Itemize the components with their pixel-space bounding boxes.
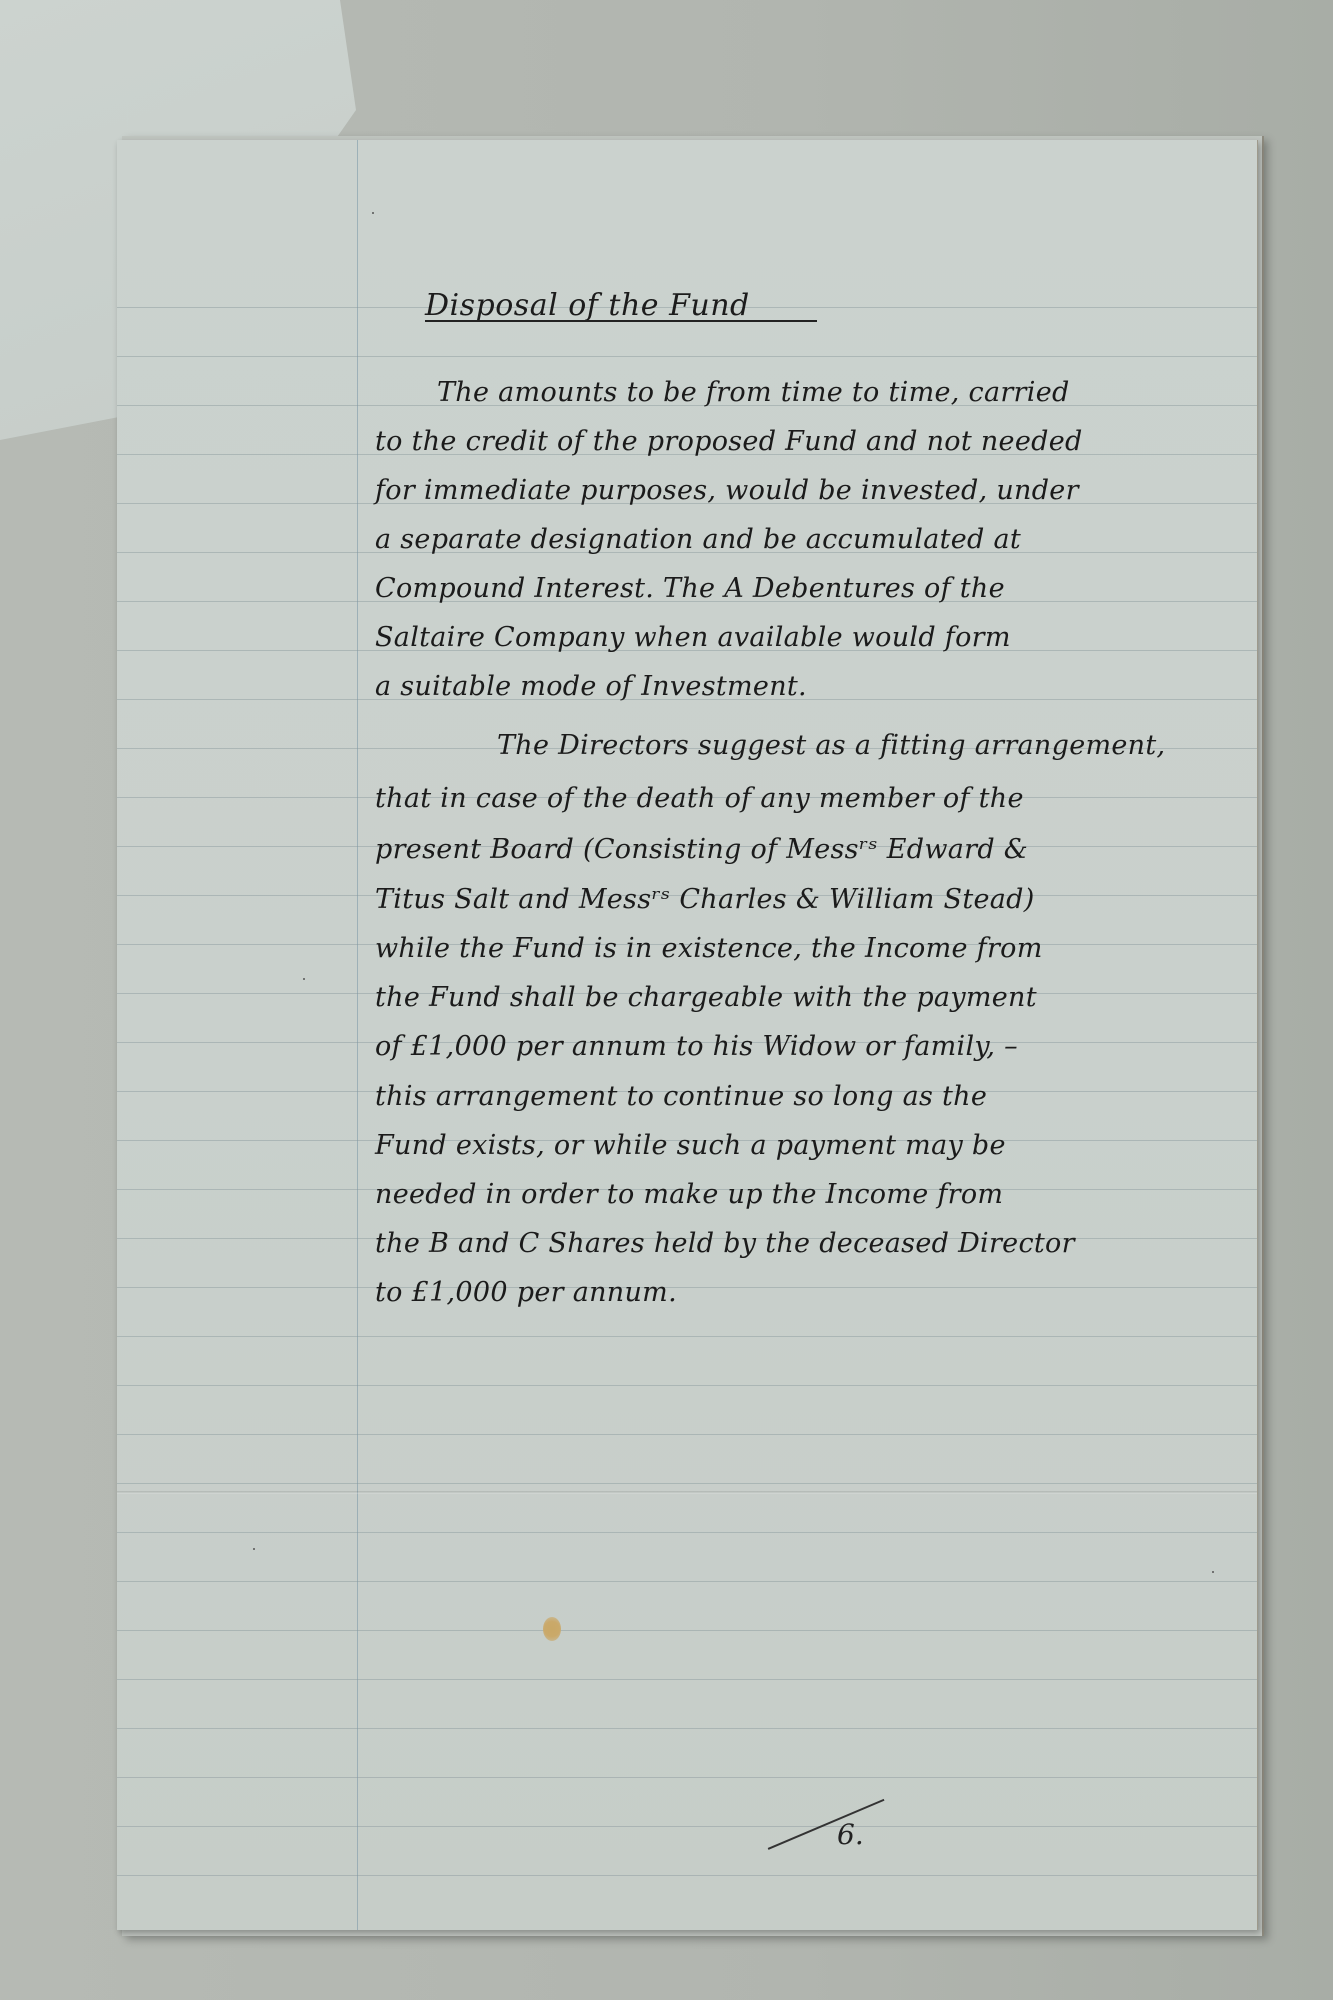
text-line: while the Fund is in existence, the Inco… — [375, 933, 1043, 964]
text-line: present Board (Consisting of Messʳˢ Edwa… — [375, 834, 1028, 865]
ruled-line — [117, 1385, 1257, 1386]
text-line: the Fund shall be chargeable with the pa… — [375, 982, 1037, 1013]
paper-speck — [253, 1548, 255, 1550]
text-line: needed in order to make up the Income fr… — [375, 1179, 1003, 1210]
ruled-line — [117, 1679, 1257, 1680]
paper-speck — [303, 978, 305, 980]
ruled-line — [117, 1826, 1257, 1827]
ruled-line — [117, 1728, 1257, 1729]
ruled-line — [117, 1630, 1257, 1631]
ruled-line — [117, 1434, 1257, 1435]
ruled-line — [117, 1483, 1257, 1484]
ruled-line — [117, 1287, 1257, 1288]
ruled-line — [117, 1777, 1257, 1778]
text-line: Fund exists, or while such a payment may… — [375, 1130, 1006, 1161]
foxing-stain — [543, 1617, 561, 1641]
manuscript-page: Disposal of the Fund The amounts to be f… — [117, 140, 1258, 1930]
page-number: 6. — [837, 1818, 864, 1851]
text-line: that in case of the death of any member … — [375, 783, 1024, 814]
text-line: Saltaire Company when available would fo… — [375, 622, 1011, 653]
text-line: The Directors suggest as a fitting arran… — [497, 730, 1165, 761]
ruled-line — [117, 1336, 1257, 1337]
ruled-line — [117, 1581, 1257, 1582]
title-underline — [425, 320, 817, 322]
text-line: a suitable mode of Investment. — [375, 671, 807, 702]
paper-speck — [372, 212, 374, 214]
horizontal-fold-crease — [117, 1491, 1257, 1494]
page-number-flourish — [768, 1799, 885, 1850]
text-line: Compound Interest. The A Debentures of t… — [375, 573, 1005, 604]
ruled-line — [117, 1875, 1257, 1876]
page-title: Disposal of the Fund — [425, 288, 750, 323]
paper-speck — [1212, 1571, 1214, 1573]
ruled-line — [117, 1532, 1257, 1533]
margin-rule — [357, 140, 358, 1930]
text-line: The amounts to be from time to time, car… — [437, 377, 1070, 408]
text-line: to the credit of the proposed Fund and n… — [375, 426, 1083, 457]
text-line: for immediate purposes, would be investe… — [375, 475, 1079, 506]
text-line: the B and C Shares held by the deceased … — [375, 1228, 1075, 1259]
ruled-line — [117, 356, 1257, 357]
text-line: to £1,000 per annum. — [375, 1277, 677, 1308]
text-line: this arrangement to continue so long as … — [375, 1081, 987, 1112]
text-line: a separate designation and be accumulate… — [375, 524, 1021, 555]
text-line: of £1,000 per annum to his Widow or fami… — [375, 1031, 1018, 1062]
text-line: Titus Salt and Messʳˢ Charles & William … — [375, 884, 1035, 915]
